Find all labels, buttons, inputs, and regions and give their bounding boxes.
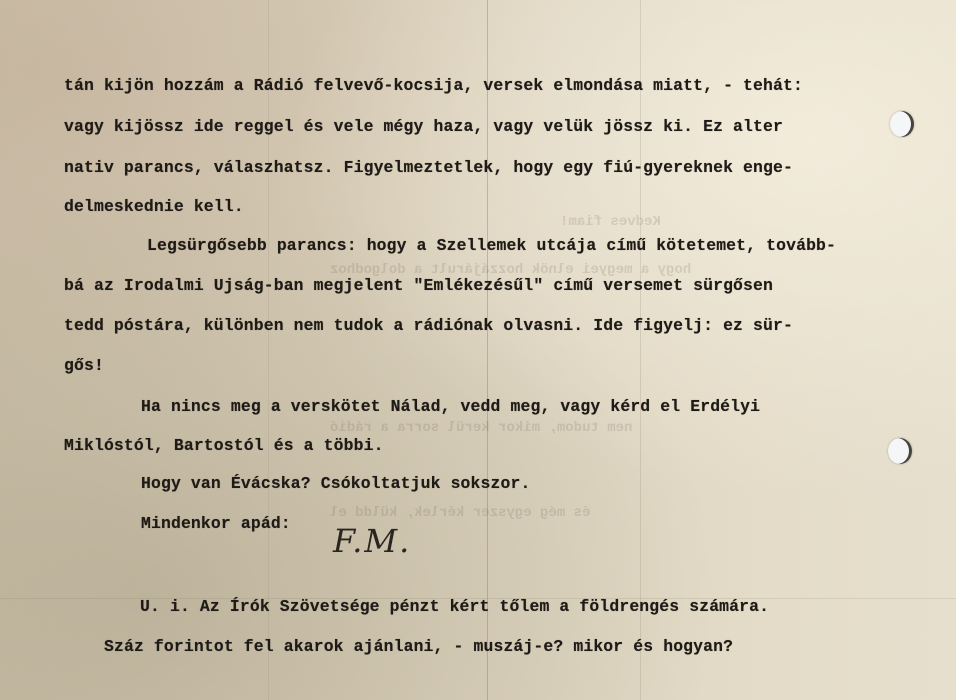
bleed-through-text: és még egyszer kérlek, küldd el [330,505,590,521]
letter-line: Mindenkor apád: [141,514,291,533]
letter-line: nativ parancs, válaszhatsz. Figyelmeztet… [64,158,793,177]
letter-line: Ha nincs meg a verskötet Nálad, vedd meg… [141,397,760,416]
handwritten-signature: F.M. [333,522,411,560]
paper-fold-line [487,0,488,700]
paper-fold-line [268,0,269,700]
letter-line: tedd póstára, különben nem tudok a rádió… [64,316,793,335]
punch-hole [888,438,912,464]
punch-hole [890,111,914,137]
letter-page: Kedves fiam! hogy a megyei elnök hozzájá… [0,0,956,700]
letter-line: Száz forintot fel akarok ajánlani, - mus… [104,637,733,656]
letter-line: U. i. Az Írók Szövetsége pénzt kért tőle… [140,597,769,616]
bleed-through-text: Kedves fiam! [560,214,661,230]
bleed-through-text: nem tudom, mikor kerül sorra a rádió [330,420,632,436]
letter-line: gős! [64,356,104,375]
letter-line: Hogy van Évácska? Csókoltatjuk sokszor. [141,474,530,493]
letter-line: tán kijön hozzám a Rádió felvevő-kocsija… [64,76,803,95]
letter-line: delmeskednie kell. [64,197,244,216]
letter-line: Miklóstól, Bartostól és a többi. [64,436,384,455]
letter-line: vagy kijössz ide reggel és vele mégy haz… [64,117,783,136]
letter-line: bá az Irodalmi Ujság-ban megjelent "Emlé… [64,276,773,295]
letter-line: Legsürgősebb parancs: hogy a Szellemek u… [147,236,836,255]
paper-fold-line [640,0,641,700]
